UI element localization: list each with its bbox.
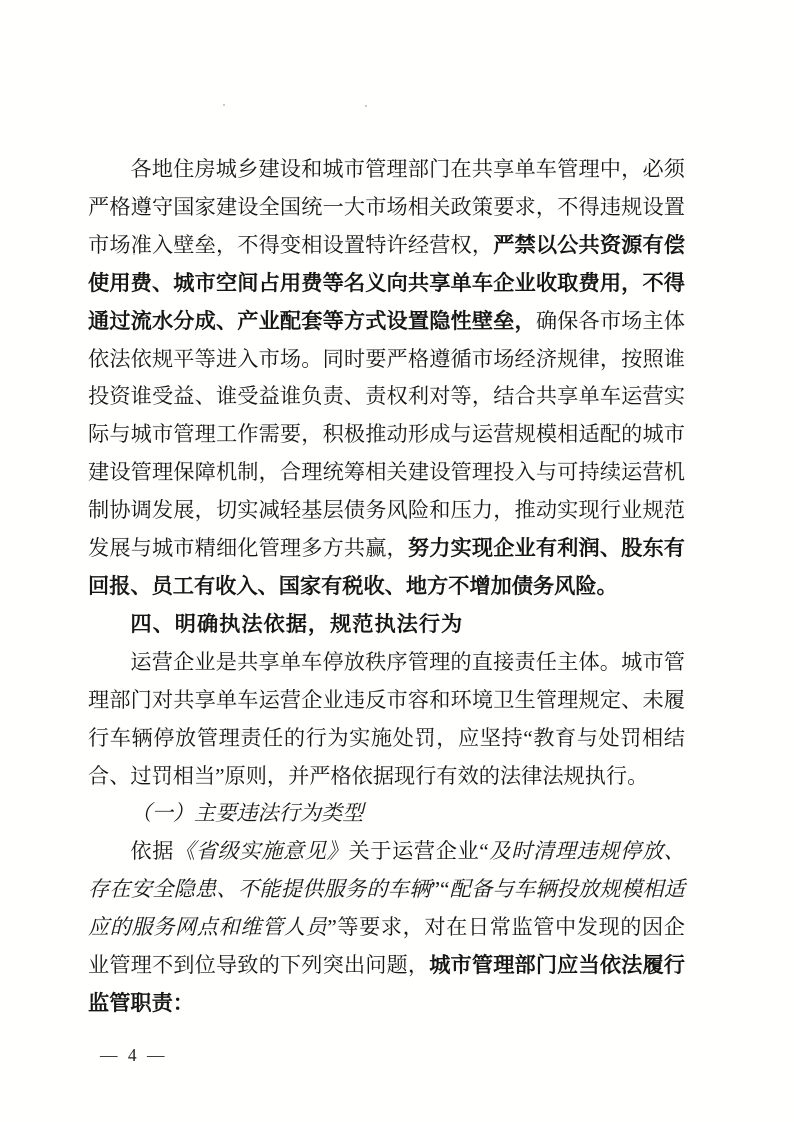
scan-speck	[223, 104, 225, 106]
text-run: ”“	[431, 877, 450, 901]
text-run: 关于运营企业“	[348, 839, 488, 863]
paragraph: 各地住房城乡建设和城市管理部门在共享单车管理中，必须严格遵守国家建设全国统一大市…	[88, 151, 685, 606]
text-run: 四、明确执法依据，规范执法行为	[130, 613, 463, 636]
text-run: 运营企业是共享单车停放秩序管理的直接责任主体。城市管理部门对共享单车运营企业违反…	[88, 650, 685, 788]
scan-speck	[133, 253, 135, 255]
document-body: 各地住房城乡建设和城市管理部门在共享单车管理中，必须严格遵守国家建设全国统一大市…	[88, 151, 685, 1023]
page-number: — 4 —	[100, 1045, 168, 1066]
text-run: 《省级实施意见》	[174, 839, 348, 863]
text-run: 确保各市场主体依法依规平等进入市场。同时要严格遵循市场经济规律，按照谁投资谁受益…	[88, 309, 685, 560]
text-run: 依据	[130, 839, 174, 863]
scan-speck	[365, 105, 367, 107]
section-heading: 四、明确执法依据，规范执法行为	[88, 606, 685, 644]
text-run: （一）主要违法行为类型	[130, 801, 363, 825]
document-page: 各地住房城乡建设和城市管理部门在共享单车管理中，必须严格遵守国家建设全国统一大市…	[0, 0, 794, 1122]
paragraph: 运营企业是共享单车停放秩序管理的直接责任主体。城市管理部门对共享单车运营企业违反…	[88, 644, 685, 796]
sub-heading: （一）主要违法行为类型	[88, 795, 685, 833]
paragraph: 依据《省级实施意见》关于运营企业“及时清理违规停放、存在安全隐患、不能提供服务的…	[88, 833, 685, 1023]
